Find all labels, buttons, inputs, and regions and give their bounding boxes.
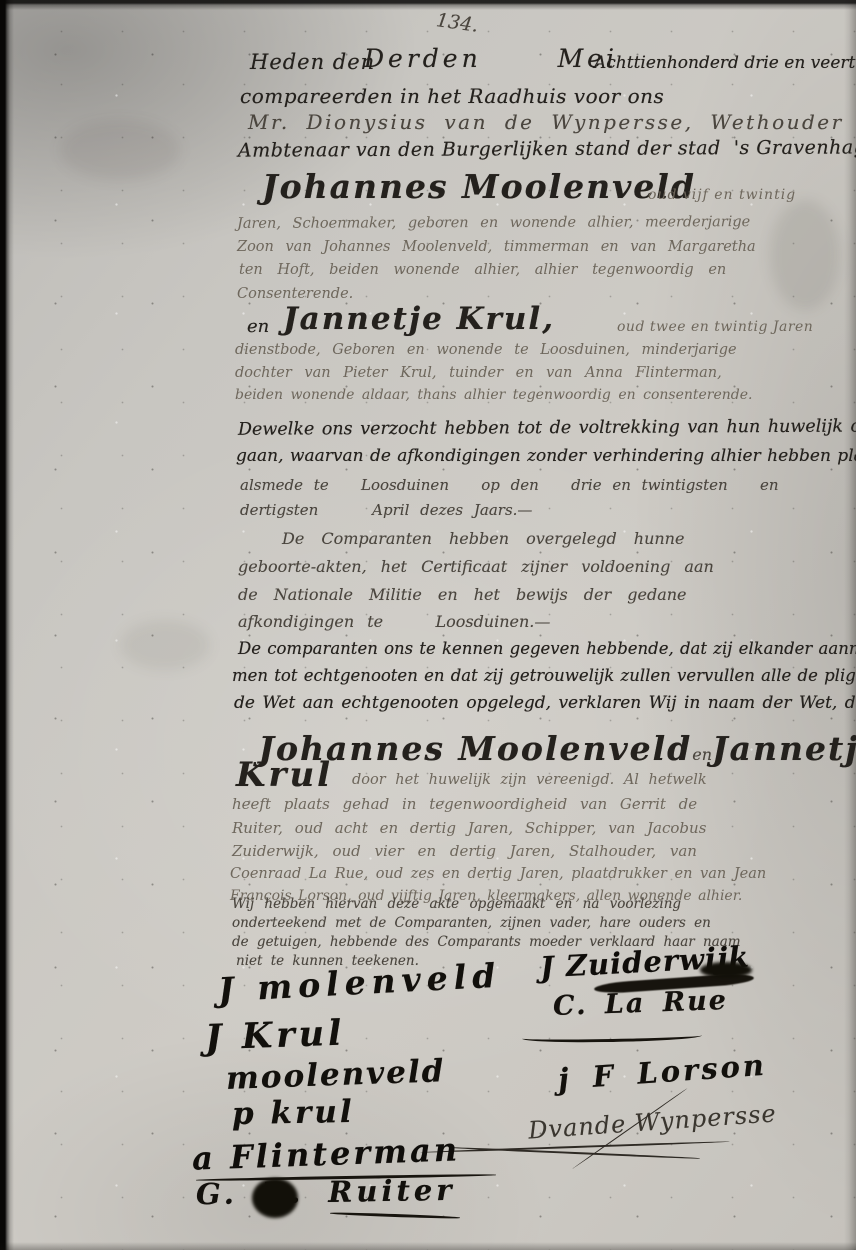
bride-detail-line: dienstbode, Geboren en wonende te Loosdu… (235, 343, 737, 358)
signature-wynpersse: Dvande Wynpersse (527, 1101, 777, 1142)
signature-lorson: j F Lorson (557, 1051, 768, 1095)
signature-de-ruiter: G. D. Ruiter (196, 1176, 456, 1210)
signature-father-groom: moolenveld (226, 1056, 446, 1095)
scanned-marriage-record: 134. Heden den Derden Mei Achttienhonder… (0, 0, 856, 1250)
declaration-line: de Wet aan echtgenooten opgelegd, verkla… (234, 695, 856, 712)
page-edge-left (0, 0, 14, 1250)
opening-compareerden: compareerden in het Raadhuis voor ons (240, 86, 664, 106)
groom-age: oud vijf en twintig (648, 188, 796, 202)
groom-detail-line: ten Hoft, beiden wonende alhier, alhier … (239, 263, 726, 278)
request-line: dertigsten April dezes Jaars.— (240, 503, 532, 518)
opening-heden: Heden den (250, 52, 375, 73)
signature-father-bride: p krul (232, 1097, 355, 1130)
opening-date: Derden Mei (364, 46, 618, 71)
request-line: alsmede te Loosduinen op den drie en twi… (240, 478, 779, 493)
witness-line: Coenraad La Rue, oud zes en dertig Jaren… (230, 867, 766, 882)
witness-line: heeft plaats gehad in tegenwoordigheid v… (232, 797, 697, 812)
documents-line: de Nationale Militie en het bewijs der g… (238, 587, 687, 603)
documents-line: De Comparanten hebben overgelegd hunne (282, 531, 684, 547)
documents-line: afkondigingen te Loosduinen.— (238, 614, 550, 630)
signature-flourish (450, 1147, 700, 1159)
bride-name: Jannetje Krul, (283, 304, 555, 335)
declaration-line: men tot echtgenooten en dat zij getrouwe… (232, 668, 856, 685)
signature-flourish (330, 1212, 460, 1219)
groom-detail-line: Jaren, Schoenmaker, geboren en wonende a… (237, 215, 750, 231)
request-line: gaan, waarvan de afkondigingen zonder ve… (236, 448, 856, 465)
page-edge-right (844, 0, 856, 1250)
groom-detail-line: Zoon van Johannes Moolenveld, timmerman … (237, 240, 756, 255)
ink-bleed-smudge (770, 200, 840, 310)
signature-flourish (522, 1030, 702, 1043)
married-conjunction: en (692, 745, 712, 764)
official-title: Ambtenaar van den Burgerlijken stand der… (238, 138, 856, 160)
signature-mother-bride: a Flinterman (192, 1133, 461, 1174)
bride-age: oud twee en twintig Jaren (617, 320, 813, 334)
page-edge-bottom (0, 1242, 856, 1250)
witness-line: Ruiter, oud acht en dertig Jaren, Schipp… (232, 821, 706, 836)
opening-year: Achttienhonderd drie en veertig (594, 55, 856, 72)
bride-detail-line: dochter van Pieter Krul, tuinder en van … (235, 366, 722, 381)
groom-name: Johannes Moolenveld (262, 170, 696, 203)
ink-bleed-smudge (120, 620, 210, 670)
documents-line: geboorte-akten, het Certificaat zijner v… (238, 559, 714, 575)
signature-bride: J Krul (204, 1016, 345, 1056)
married-bride-first: Jannetje (712, 729, 856, 768)
official-name: Mr. Dionysius van de Wynpersse, Wethoude… (248, 112, 844, 132)
closing-line: onderteekend met de Comparanten, zijnen … (232, 917, 711, 931)
groom-detail-line: Consenterende. (237, 287, 353, 302)
witness-line: Zuiderwijk, oud vier en dertig Jaren, St… (232, 844, 697, 859)
bride-conjunction: en (247, 318, 269, 336)
ink-blot (700, 962, 752, 978)
closing-line: Wij hebben hiervan deze akte opgemaakt e… (232, 898, 681, 912)
ink-blot (252, 1178, 298, 1218)
page-edge-top (0, 0, 856, 10)
declaration-line: De comparanten ons te kennen gegeven heb… (238, 641, 856, 658)
page-number: 134. (435, 11, 480, 36)
request-line: Dewelke ons verzocht hebben tot de voltr… (238, 418, 856, 439)
signature-la-rue: C. La Rue (553, 987, 729, 1020)
bride-detail-line: beiden wonende aldaar, thans alhier tege… (235, 388, 752, 402)
married-clause: door het huwelijk zijn vereenigd. Al het… (352, 773, 707, 788)
ink-bleed-smudge (60, 120, 180, 180)
married-bride-last: Krul (236, 758, 333, 792)
